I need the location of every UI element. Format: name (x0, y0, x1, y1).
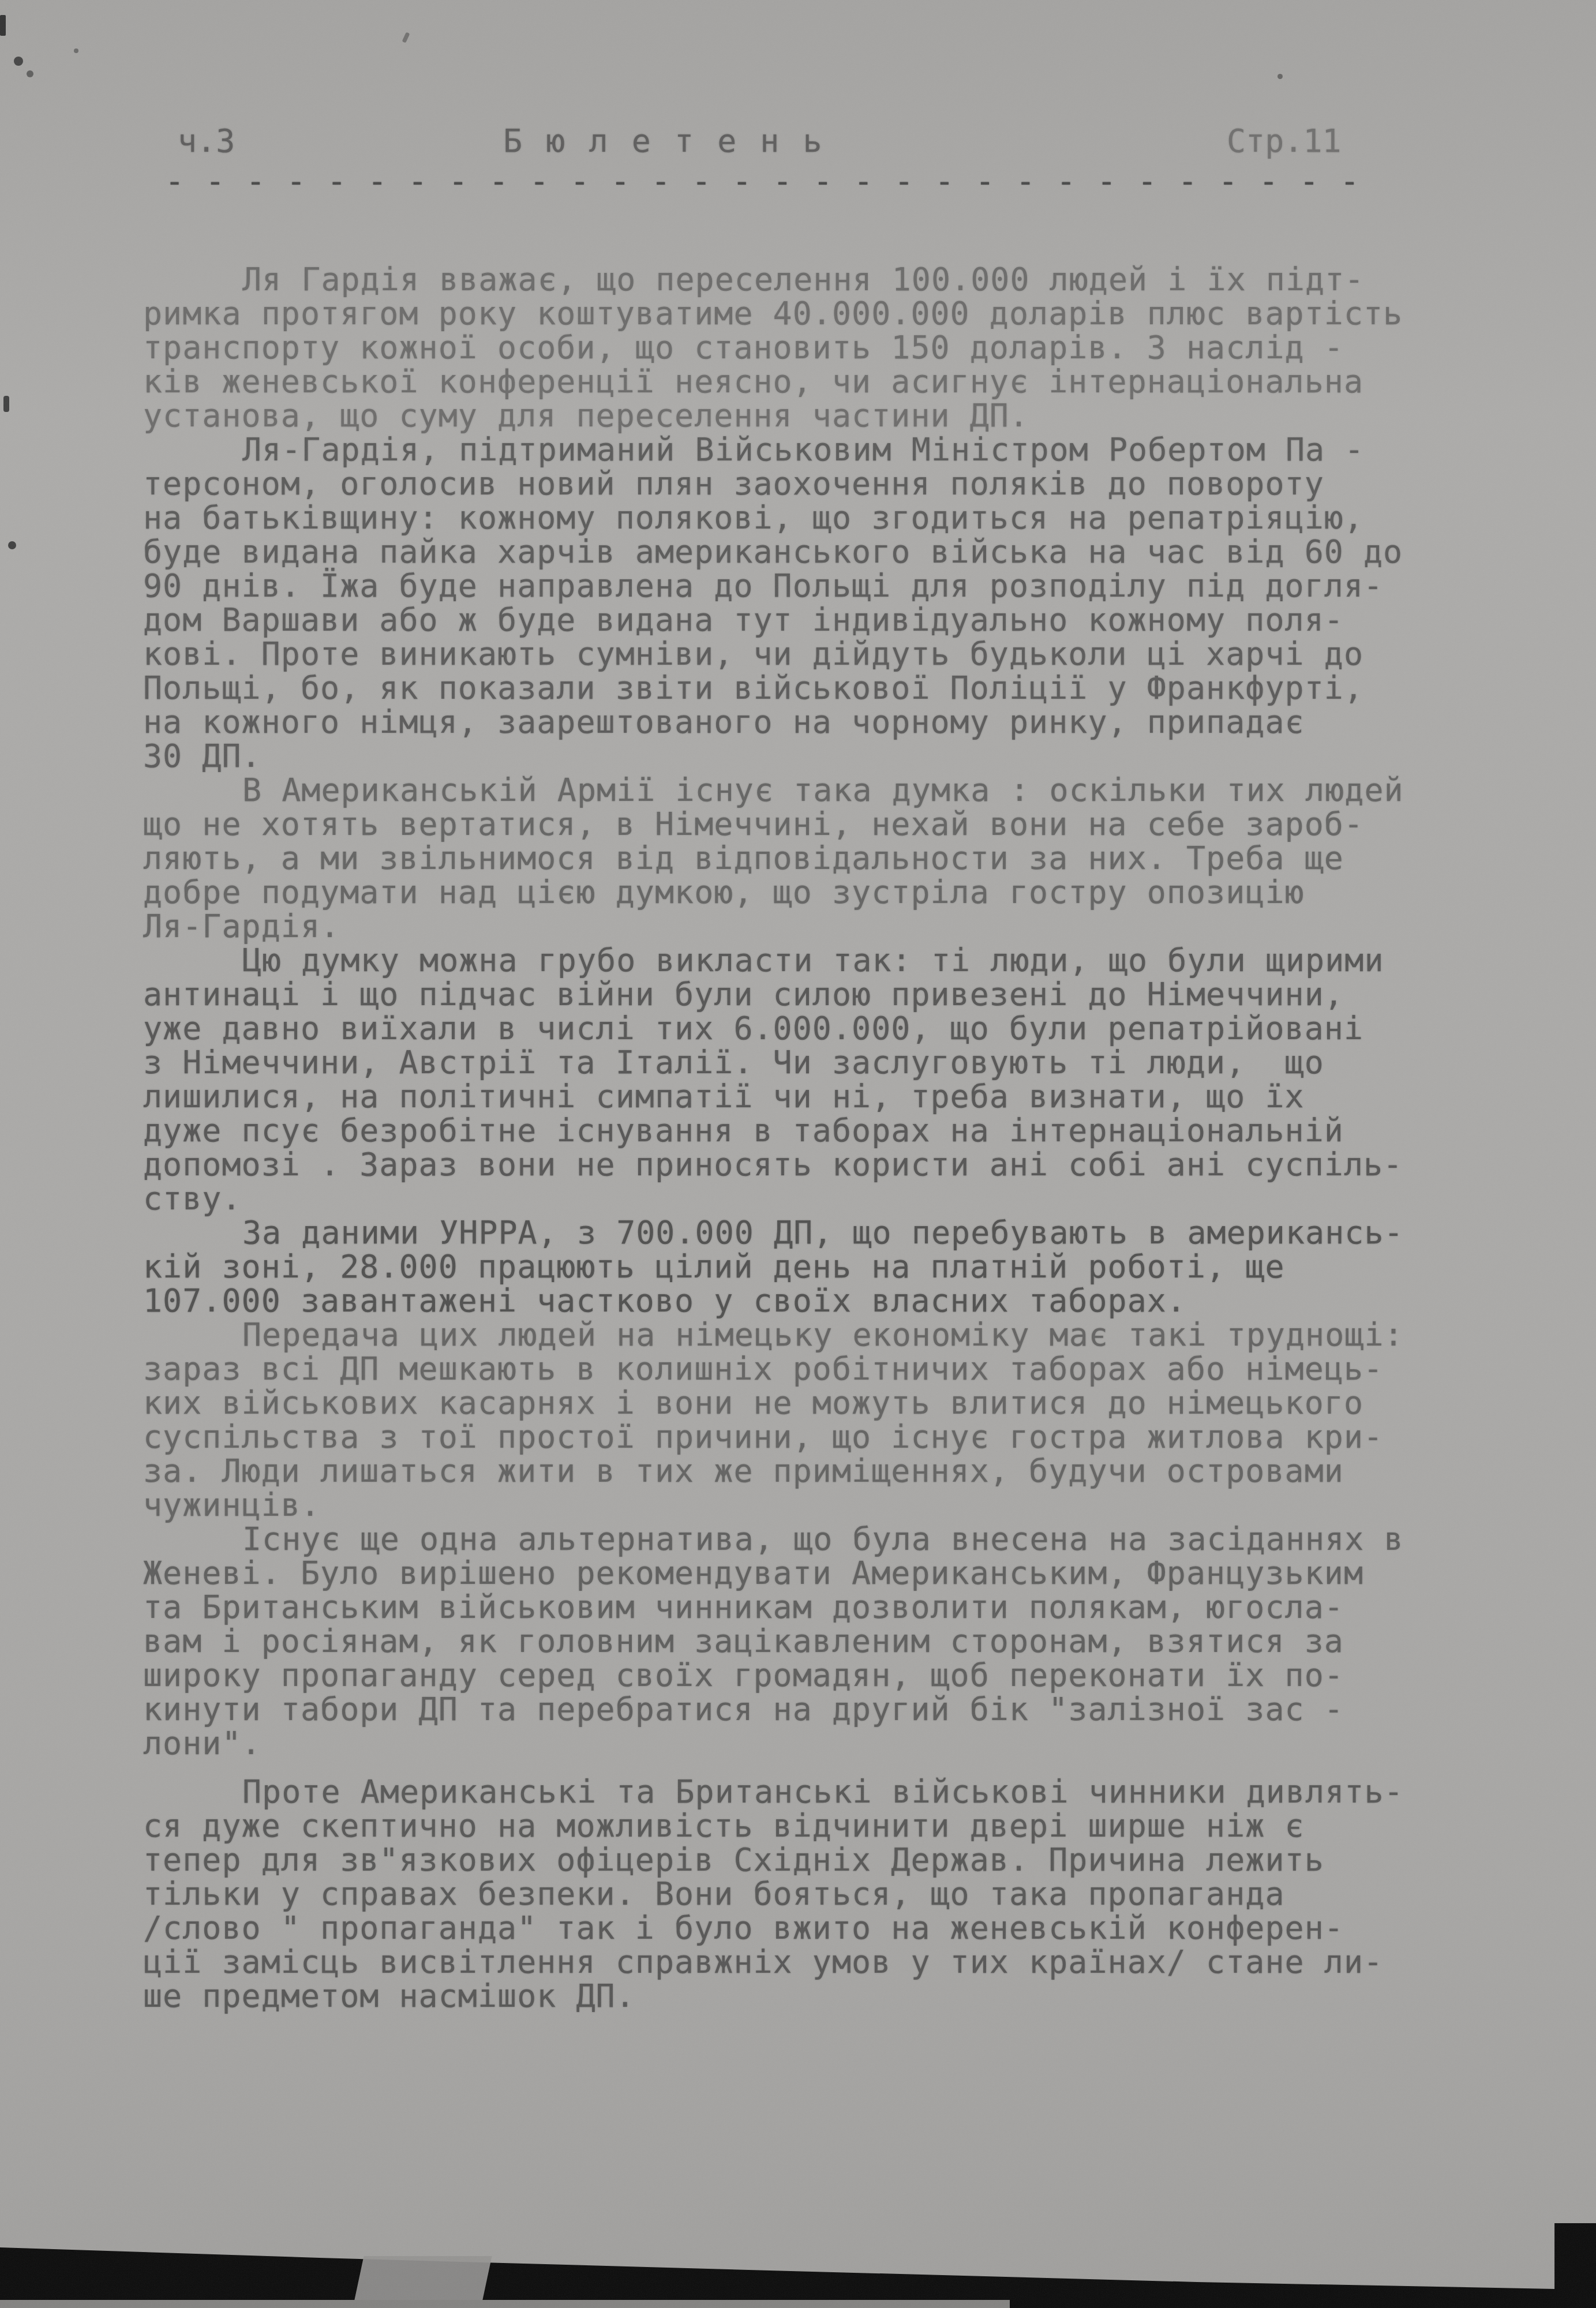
ink-speck (1277, 74, 1283, 79)
paragraph-3: В Американській Армії існує така думка :… (143, 773, 1557, 943)
page-number: Стр.11 (1227, 122, 1342, 159)
paragraph-7: Існує ще одна альтернатива, що була внес… (143, 1522, 1557, 1760)
page-title: Б ю л е т е н ь (503, 122, 825, 159)
ink-speck (74, 48, 78, 53)
scan-bottom-notch (354, 2256, 492, 2302)
ink-speck (0, 15, 6, 36)
paragraph-4: Цю думку можна грубо викласти так: ті лю… (143, 943, 1557, 1216)
paragraph-2: Ля-Гардія, підтриманий Військовим Мініст… (143, 433, 1557, 773)
ink-speck (402, 32, 410, 43)
ink-speck (27, 70, 33, 77)
paragraph-5: За даними УНРРА, з 700.000 ДП, що перебу… (143, 1216, 1557, 1318)
ink-speck (14, 57, 23, 66)
document-header: ч.3 Б ю л е т е н ь Стр.11 (0, 122, 1596, 163)
scan-bottom-strip (0, 2300, 1010, 2308)
dashed-separator: - - - - - - - - - - - - - - - - - - - - … (165, 163, 1423, 200)
paragraph-8: Проте Американські та Британські військо… (143, 1775, 1557, 2013)
scan-bottom-shadow (0, 2221, 1596, 2308)
ink-speck (3, 396, 9, 412)
document-body: Ля Гардія вважає, що переселення 100.000… (143, 263, 1557, 2013)
paragraph-1: Ля Гардія вважає, що переселення 100.000… (143, 263, 1557, 433)
issue-number: ч.3 (178, 122, 235, 159)
ink-speck (8, 541, 16, 549)
scanned-document-page: ч.3 Б ю л е т е н ь Стр.11 - - - - - - -… (0, 0, 1596, 2308)
paragraph-6: Передача цих людей на німецьку економіку… (143, 1318, 1557, 1522)
